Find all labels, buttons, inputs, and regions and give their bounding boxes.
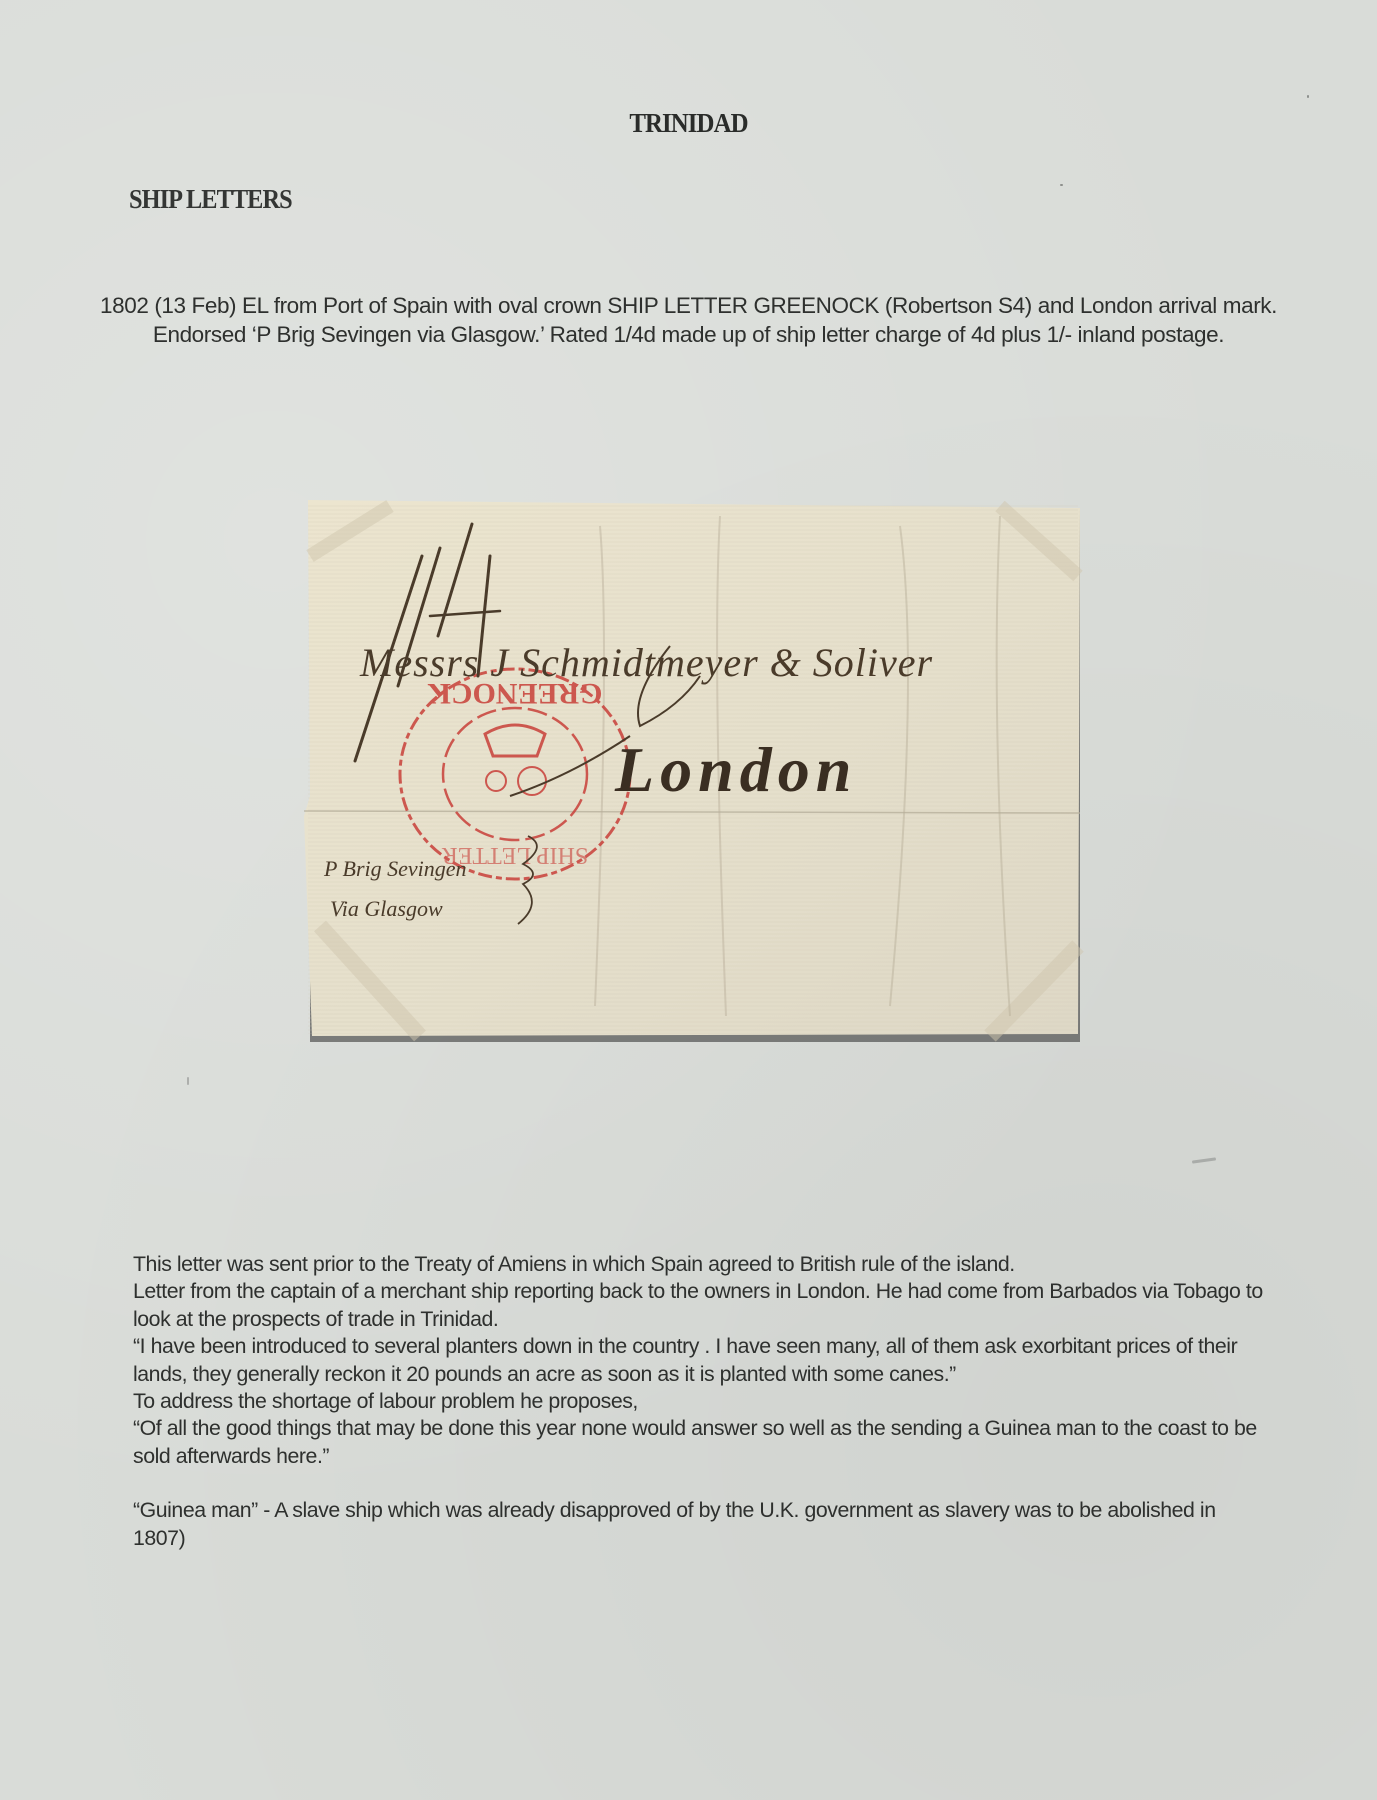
description-paragraph: This letter was sent prior to the Treaty… <box>133 1251 1273 1278</box>
description-paragraph: “Of all the good things that may be done… <box>133 1415 1273 1470</box>
page-speck <box>1307 95 1309 98</box>
entire-letter-image: GREENOCK SHIP LETTER 1/4 Messrs J Schmid… <box>300 496 1085 1044</box>
address-line-1: Messrs J Schmidtmeyer & Soliver <box>359 640 933 685</box>
description: This letter was sent prior to the Treaty… <box>133 1251 1273 1552</box>
description-footnote: “Guinea man” - A slave ship which was al… <box>133 1497 1273 1552</box>
page-title: TRINIDAD <box>55 108 1322 139</box>
cover-caption: 1802 (13 Feb) EL from Port of Spain with… <box>100 291 1277 349</box>
address-line-2: London <box>614 734 857 805</box>
page-speck <box>1060 184 1063 186</box>
page-speck <box>1192 1157 1216 1163</box>
page-speck <box>187 1077 189 1085</box>
paragraph-gap <box>133 1470 1273 1497</box>
description-paragraph: “I have been introduced to several plant… <box>133 1333 1273 1388</box>
description-paragraph: Letter from the captain of a merchant sh… <box>133 1278 1273 1333</box>
section-heading: SHIP LETTERS <box>129 184 292 215</box>
letter-cover: GREENOCK SHIP LETTER 1/4 Messrs J Schmid… <box>300 496 1085 1044</box>
endorsement-line-2: Via Glasgow <box>330 896 443 921</box>
description-paragraph: To address the shortage of labour proble… <box>133 1388 1273 1415</box>
endorsement-line-1: P Brig Sevingen <box>323 856 467 881</box>
